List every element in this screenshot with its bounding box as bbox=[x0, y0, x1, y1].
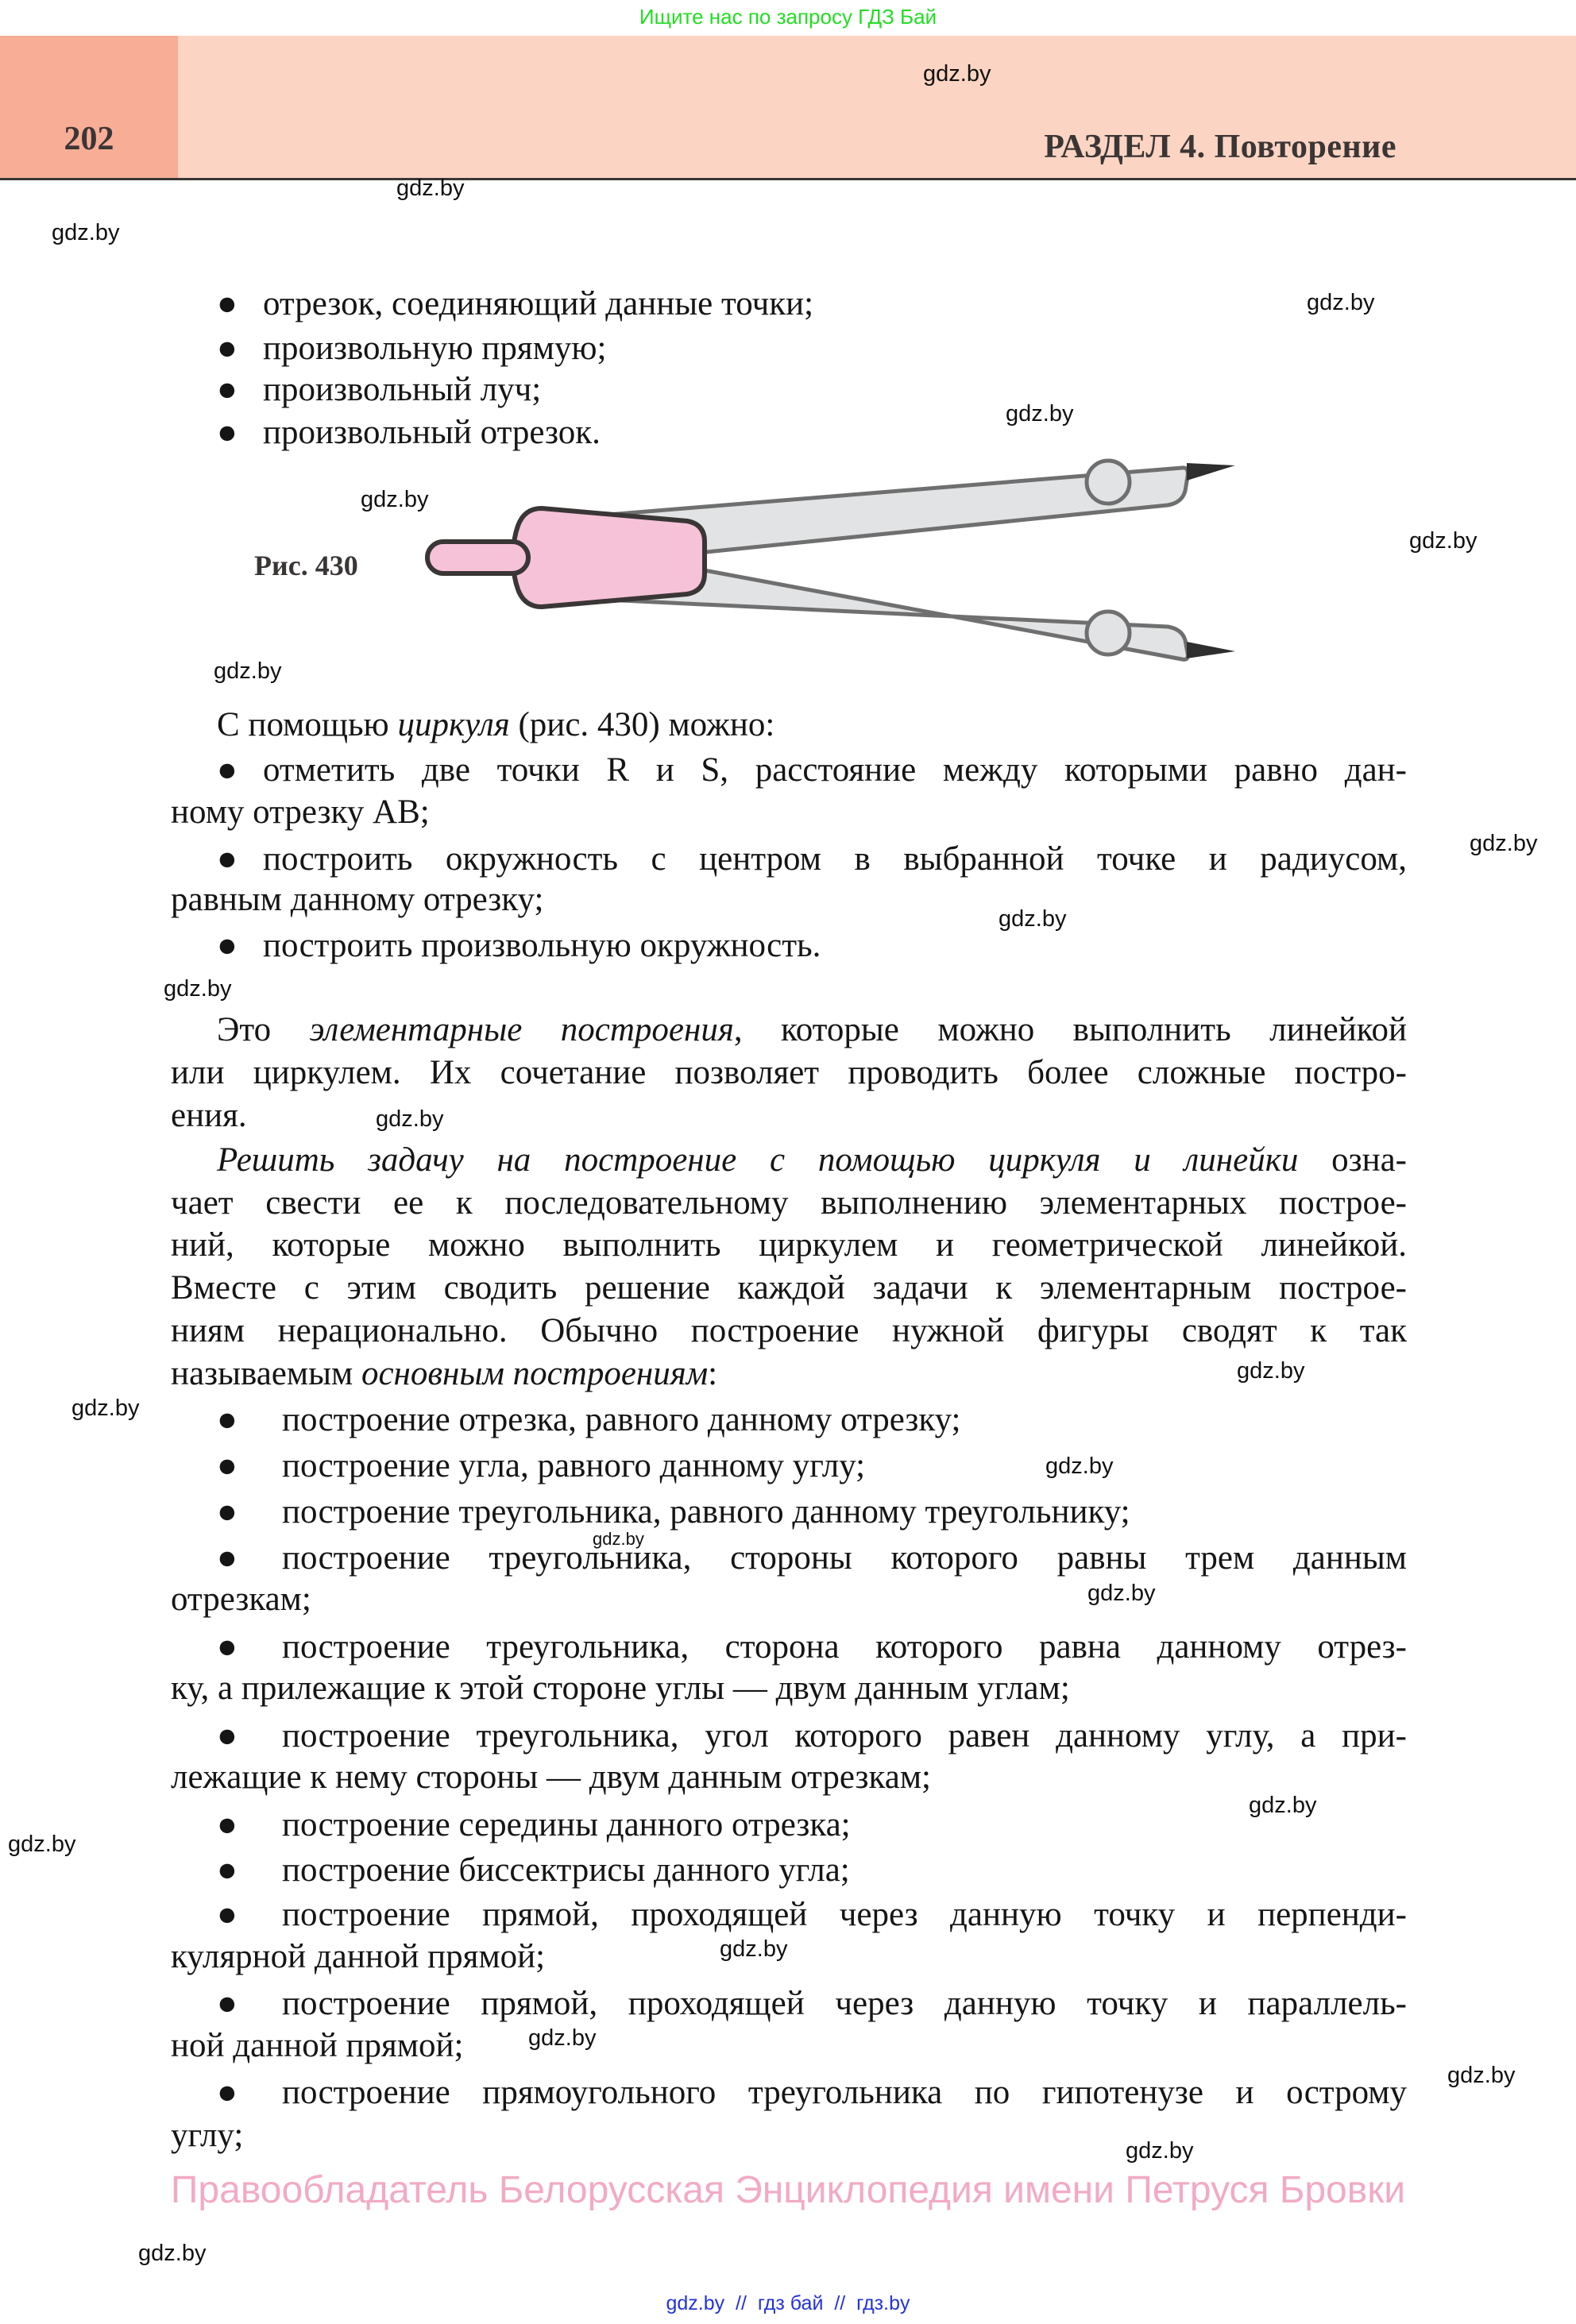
construction-item: ●построение угла, равного данному углу; bbox=[217, 1444, 865, 1488]
watermark: gdz.by bbox=[1307, 289, 1374, 316]
watermark: gdz.by bbox=[376, 1106, 443, 1133]
construction-item: ●построение биссектрисы данного угла; bbox=[217, 1848, 850, 1893]
watermark: gdz.by bbox=[1447, 2062, 1515, 2089]
construction-item: ●построение прямой, проходящей через дан… bbox=[217, 1982, 1407, 2026]
watermark: gdz.by bbox=[528, 2025, 596, 2052]
paragraph-solve-line: называемым основным построениям: bbox=[171, 1352, 717, 1396]
construction-item: ●построение треугольника, сторона которо… bbox=[217, 1625, 1407, 1670]
list-item-text: построить произвольную окружность. bbox=[263, 927, 821, 964]
watermark: gdz.by bbox=[1249, 1792, 1316, 1819]
compass-handle bbox=[427, 542, 528, 573]
construction-item-continuation: ной данной прямой; bbox=[171, 2024, 463, 2068]
bullet-icon: ● bbox=[217, 1714, 282, 1758]
list-item-continuation: равным данному отрезку; bbox=[171, 878, 543, 922]
watermark: gdz.by bbox=[361, 486, 428, 513]
construction-item-continuation: отрезкам; bbox=[171, 1577, 311, 1622]
watermark: gdz.by bbox=[1087, 1580, 1155, 1607]
watermark: gdz.by bbox=[1006, 400, 1073, 427]
compass-lower-knob bbox=[1087, 612, 1130, 654]
paragraph-solve-line: Решить задачу на построение с помощью ци… bbox=[217, 1138, 1407, 1183]
watermark: gdz.by bbox=[1045, 1453, 1113, 1480]
construction-item-continuation: лежащие к нему стороны — двум данным отр… bbox=[171, 1755, 931, 1800]
list-item: ●отметить две точки R и S, расстояние ме… bbox=[217, 748, 1407, 793]
watermark: gdz.by bbox=[593, 1526, 644, 1553]
watermark: gdz.by bbox=[396, 175, 464, 202]
paragraph-solve-line: ний, которые можно выполнить циркулем и … bbox=[171, 1223, 1407, 1268]
watermark: gdz.by bbox=[1470, 830, 1537, 857]
construction-item: ●построение прямоугольного треугольника … bbox=[217, 2071, 1407, 2115]
bullet-icon: ● bbox=[217, 1444, 282, 1488]
bullet-icon: ● bbox=[217, 1893, 282, 1937]
bullet-icon: ● bbox=[217, 837, 263, 882]
watermark: gdz.by bbox=[999, 905, 1066, 932]
construction-item: ●построение треугольника, равного данном… bbox=[217, 1490, 1130, 1535]
list-item-text: отметить две точки R и S, расстояние меж… bbox=[263, 751, 1407, 789]
construction-item: ●построение середины данного отрезка; bbox=[217, 1803, 851, 1847]
paragraph-solve-line: Вместе с этим сводить решение каждой зад… bbox=[171, 1266, 1407, 1311]
watermark: gdz.by bbox=[923, 60, 991, 87]
bullet-icon: ● bbox=[217, 1625, 282, 1670]
bullet-icon: ● bbox=[217, 1848, 282, 1893]
compass-upper-knob bbox=[1087, 461, 1130, 504]
construction-item-continuation: углу; bbox=[171, 2114, 243, 2158]
watermark: gdz.by bbox=[720, 1936, 787, 1963]
bullet-icon: ● bbox=[217, 1398, 282, 1442]
watermark: gdz.by bbox=[52, 219, 119, 246]
watermark: gdz.by bbox=[1409, 527, 1477, 554]
compass-lower-tip bbox=[1187, 642, 1235, 658]
construction-item: ●построение прямой, проходящей через дан… bbox=[217, 1893, 1407, 1937]
paragraph-elementary-line: Это элементарные построения, которые мож… bbox=[217, 1008, 1407, 1052]
bullet-icon: ● bbox=[217, 924, 263, 968]
list-item-text: построить окружность с центром в выбранн… bbox=[263, 840, 1407, 878]
watermark: gdz.by bbox=[214, 658, 281, 685]
watermark: gdz.by bbox=[138, 2240, 206, 2267]
paragraph-compass-intro: С помощью циркуля (рис. 430) можно: bbox=[217, 703, 774, 747]
watermark: gdz.by bbox=[8, 1831, 75, 1858]
construction-item-continuation: кулярной данной прямой; bbox=[171, 1935, 545, 1979]
compass-head bbox=[514, 508, 705, 607]
construction-item: ●построение треугольника, стороны которо… bbox=[217, 1536, 1407, 1581]
watermark: gdz.by bbox=[164, 975, 231, 1002]
watermark: gdz.by bbox=[71, 1395, 139, 1422]
construction-item: ●построение отрезка, равного данному отр… bbox=[217, 1398, 960, 1442]
construction-item: ●построение треугольника, угол которого … bbox=[217, 1714, 1407, 1758]
paragraph-elementary-line: или циркулем. Их сочетание позволяет про… bbox=[171, 1051, 1407, 1095]
compass-upper-tip bbox=[1187, 463, 1235, 481]
footer-links[interactable]: gdz.by // гдз бай // гдз.by bbox=[0, 2291, 1576, 2316]
watermark: gdz.by bbox=[1237, 1357, 1304, 1384]
bullet-icon: ● bbox=[217, 748, 263, 793]
watermark: gdz.by bbox=[1126, 2137, 1193, 2164]
list-item: ●построить произвольную окружность. bbox=[217, 924, 821, 968]
copyright-notice: Правообладатель Белорусская Энциклопедия… bbox=[0, 2167, 1576, 2214]
bullet-icon: ● bbox=[217, 2071, 282, 2115]
compass-figure bbox=[0, 0, 1576, 715]
paragraph-elementary-line: ения. bbox=[171, 1094, 247, 1138]
bullet-icon: ● bbox=[217, 1490, 282, 1535]
paragraph-solve-line: чает свести ее к последовательному выпол… bbox=[171, 1181, 1407, 1226]
list-item: ●построить окружность с центром в выбран… bbox=[217, 837, 1407, 882]
bullet-icon: ● bbox=[217, 1982, 282, 2026]
paragraph-solve-line: ниям нерационально. Обычно построение ну… bbox=[171, 1309, 1407, 1353]
list-item-continuation: ному отрезку AB; bbox=[171, 790, 430, 835]
bullet-icon: ● bbox=[217, 1536, 282, 1581]
bullet-icon: ● bbox=[217, 1803, 282, 1847]
construction-item-continuation: ку, а прилежащие к этой стороне углы — д… bbox=[171, 1666, 1070, 1711]
